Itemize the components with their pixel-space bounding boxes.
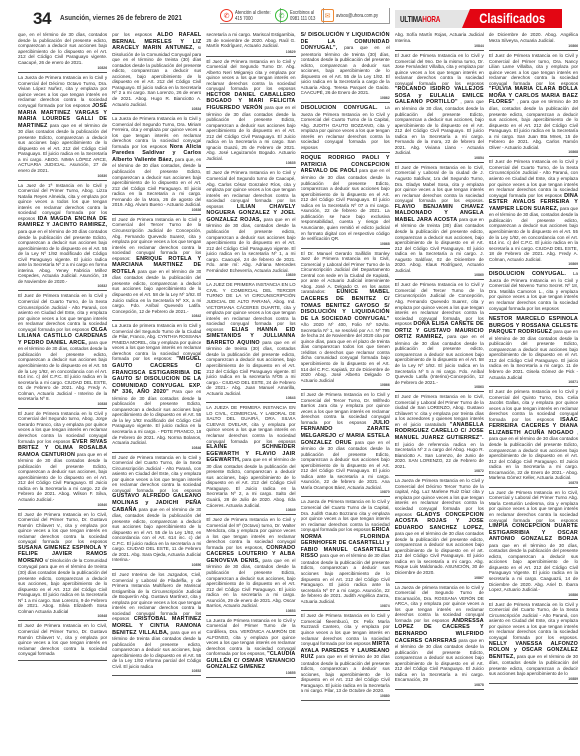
legal-notice: El Juez de Primera Instancia en lo Civil…: [18, 511, 107, 622]
notice-body-continued: para que en el término de 30 días contad…: [301, 440, 390, 490]
legal-notice: Abg. Sofía Martín Rojas, Actuaria Judici…: [395, 31, 484, 51]
notice-text: DISOLUCION CONYUGAL. La Jueza de Primera…: [489, 271, 578, 311]
notice-text: por los esposos ALDO RAFAEL BERNAL MEREL…: [112, 32, 201, 107]
legal-notice: El Juez de Primera Instancia en lo Civil…: [18, 292, 107, 408]
notice-text: El Juez de Primera Instancia en lo Civil…: [18, 293, 107, 401]
legal-notice: El Juez de Primera Instancia en lo Civil…: [301, 391, 390, 497]
notice-body: La Juez de Primera Instancia en lo Civil…: [489, 490, 578, 523]
legal-notice: El Juez Interino de los Juzgados, Civil,…: [112, 571, 201, 676]
notice-number: 10871: [489, 380, 578, 384]
notice-body: El Juez de Primera Instancia en lo Civil…: [18, 512, 107, 545]
notice-number: 10868: [489, 150, 578, 154]
notice-text: La Jueza de primera Instancia en lo Civi…: [112, 323, 201, 445]
notice-text: NESTOR MARCELO ESPINOLA BURGOS Y ROSSANA…: [489, 316, 578, 380]
notice-text: secretaría a mi cargo. Mariscal Estigarr…: [206, 32, 295, 50]
notice-body-continued: El juicio de referencia radica en la Sec…: [395, 442, 484, 469]
notice-number: 10878: [395, 683, 484, 687]
notice-number: 10874: [301, 604, 390, 608]
notice-body: El Juez de Primera Instancia en lo Civil…: [489, 602, 578, 640]
notice-body: por los esposos: [112, 32, 152, 37]
legal-notice: El Juez de Primera Instancia en lo Civil…: [395, 164, 484, 280]
page-header: 34 Asunción, viernes 26 de febrero de 20…: [0, 0, 580, 28]
contact-value: avisos@uhora.com.py: [336, 13, 378, 19]
notice-body: El Juez de Primera Instancia en lo Civil…: [395, 282, 484, 326]
notice-text: El Juez de Primera Instancia en lo Civil…: [18, 411, 107, 503]
notice-number: 10889: [489, 677, 578, 681]
notice-number: 10868: [301, 242, 390, 246]
legal-notice: NESTOR MARCELO ESPINOLA BURGOS Y ROSSANA…: [489, 315, 578, 387]
contact-email: ✉ avisos@uhora.com.py: [321, 8, 390, 24]
legal-notice: por los esposos ALDO RAFAEL BERNAL MEREL…: [112, 31, 201, 114]
notice-number: 10850: [112, 563, 201, 567]
contact-whatsapp: ✆ Escribinos al0981 111 013: [275, 8, 324, 24]
notice-body: secretaría a mi cargo. Mariscal Estigarr…: [206, 32, 295, 48]
phone-icon: ✆: [220, 9, 233, 22]
notice-text: S/ DISOLUCIÓN Y LIQUIDACIÓN DE LA COMUNI…: [301, 32, 390, 96]
legal-notice: DISOLUCION CONYUGAL. La Jueza de Primera…: [489, 270, 578, 314]
notice-body-continued: para que en el término de 30 días contad…: [206, 457, 295, 507]
legal-notice: El Juez de Primera Instancia en lo Civil…: [301, 612, 390, 701]
notice-body-continued: para que en el término de 30 días contad…: [301, 168, 390, 241]
notice-text: El Juez de Primera Instancia en lo Civil…: [206, 170, 295, 273]
notice-text: La Jueza de primera Instancia en lo Civi…: [395, 585, 484, 683]
notice-text: El Juez de Primera Instancia en lo Civil…: [112, 217, 201, 314]
notice-body-continued: para que en el término de 30 días, conta…: [489, 543, 578, 592]
notice-body-continued: para que en el término de 30 días contad…: [489, 329, 578, 379]
notice-number: 10880: [301, 694, 390, 698]
notice-body: que, en el término de 30 días, contados …: [18, 32, 107, 65]
notice-number: 10826: [18, 66, 107, 70]
notice-number: 10834: [112, 107, 201, 111]
notice-text: La Jueza de Primera Instancia en lo Civi…: [112, 116, 201, 208]
legal-notice: La Jueza de Primera Instancia en lo Civi…: [206, 617, 295, 678]
notice-text: La Juez de 1ª Instancia en lo Civil y Co…: [18, 183, 107, 285]
notice-body-continued: , para que en el término de 30 días cont…: [489, 430, 578, 480]
legal-notice: El Juez de Primera Instancia en lo Civil…: [206, 58, 295, 169]
notice-number: 10848: [18, 614, 107, 618]
notice-text: El Juez de Primera Instancia en lo Civil…: [395, 53, 484, 156]
notice-text: de Diciembre de 2020. Abog. Angélica Mez…: [489, 32, 578, 44]
legal-notice: S/ DISOLUCIÓN Y LIQUIDACIÓN DE LA COMUNI…: [301, 31, 390, 103]
notice-number: 10866: [301, 383, 390, 387]
notice-number: 10840: [18, 503, 107, 507]
legal-notice: La Juez de 1ª Instancia en lo Civil y Co…: [18, 182, 107, 292]
column-1: que, en el término de 30 días, contados …: [18, 31, 107, 753]
notice-number: 10860: [395, 273, 484, 277]
notice-number: 10863: [395, 385, 484, 389]
legal-notice: La Jueza de primera Instancia en lo Civi…: [395, 584, 484, 690]
notice-text: El Juez de Primera Instancia en lo Civil…: [301, 613, 390, 694]
notice-body-continued: para que en el término de 30 días contad…: [395, 334, 484, 384]
legal-notice: El Juez de Primera Instancia en lo Civil…: [489, 158, 578, 269]
notice-body-continued: para que en el perentorio término de tre…: [301, 45, 390, 95]
legal-notice: El Juez de Primera Instancia en lo Civil…: [112, 216, 201, 321]
notice-text: LA JUEZA DE PRIMERA INSTANCIA EN LO CIVI…: [206, 405, 295, 508]
notice-body-continued: Para que en término de 30 días contados …: [112, 389, 201, 445]
notice-body-continued: para que en el término de treinta días c…: [112, 630, 201, 669]
notice-body-continued: para que en el término de 30 días contad…: [18, 123, 107, 173]
notice-number: 10830: [18, 174, 107, 178]
notice-number: 10862: [301, 96, 390, 100]
legal-notice: La Jueza de primera Instancia en lo Civi…: [112, 322, 201, 452]
notice-parties: DISOLUCION CONYUGAL.: [301, 105, 378, 111]
legal-notice: El Juez de Primera Instancia en lo Civil…: [112, 454, 201, 570]
notice-text: ROQUE RODRIGO PAOLI Y PATRICIA CONCEPCIO…: [301, 155, 390, 241]
notice-number: 10886: [489, 593, 578, 597]
notice-text: El Juez de Primera Instancia en lo Civil…: [489, 53, 578, 150]
legal-notice: El Juez de primera Instancia en lo Civil…: [489, 388, 578, 488]
notice-body-continued: La Jueza de Primera Instancia en lo Civi…: [301, 105, 390, 150]
notice-number: 10854: [395, 156, 484, 160]
notice-body-continued: para que en el término de treinta (30) d…: [395, 217, 484, 273]
notice-body: El Juez de Primera Instancia en lo Civil…: [395, 165, 484, 203]
notice-body-continued: para que en el término de treinta (30) d…: [206, 340, 295, 396]
legal-notice: DISOLUCION CONYUGAL. La Jueza de Primera…: [301, 104, 390, 153]
notice-body-continued: para que en el término de 30 días contad…: [18, 229, 107, 284]
notice-body-continued: para que en el término de 30 días contad…: [395, 638, 484, 683]
notice-text: El Juez de Primera Instancia en lo Civil…: [206, 517, 295, 609]
notice-body: LA JUEZ DE PRIMERA INSTANCIA EN LO CIVIL…: [206, 282, 295, 331]
contact-customer-service: ✆ Atención al cliente:415 7000: [220, 8, 281, 24]
notice-body-continued: para que en el término de 30 días, conta…: [206, 217, 295, 273]
legal-notice: ROQUE RODRIGO PAOLI Y PATRICIA CONCEPCIO…: [301, 154, 390, 248]
notice-body-continued: para que en el término de 30 días contad…: [395, 531, 484, 575]
notice-number: 10870: [301, 490, 390, 494]
notice-text: que, en el término de 30 días, contados …: [18, 32, 107, 66]
notice-number: 10836: [112, 208, 201, 212]
legal-notice: de Diciembre de 2020. Abog. Angélica Mez…: [489, 31, 578, 51]
notice-number: 10872: [395, 469, 484, 473]
notice-text: LA JUEZ DE PRIMERA INSTANCIA EN LO CIVIL…: [206, 282, 295, 396]
column-3: secretaría a mi cargo. Mariscal Estigarr…: [206, 31, 295, 753]
legal-notice: La Jueza de Primera Instancia en lo Civi…: [18, 74, 107, 180]
legal-notice: El Juez de Primera Instancia en lo Civil…: [395, 52, 484, 163]
section-title: Clasificados: [462, 9, 562, 28]
mail-icon: ✉: [321, 9, 334, 22]
notice-body-continued: para que en el término de 30 días contad…: [206, 105, 295, 161]
notice-text: La Juez de Primera Instancia en lo Civil…: [489, 490, 578, 593]
notice-text: El Juez Interino de los Juzgados, Civil,…: [112, 572, 201, 669]
notice-body: El Dr. Manuel Gerardo Saifildin Stanley …: [301, 251, 390, 295]
notice-body-continued: para que en el término de 30 días, conta…: [18, 340, 107, 401]
notice-number: 10843: [206, 396, 295, 400]
legal-notice: La Jueza de Primera Instancia en lo Civi…: [301, 498, 390, 611]
notice-body-continued: para que en el término de 30 días contad…: [301, 654, 390, 693]
notice-number: 10849: [206, 508, 295, 512]
notice-number: 10842: [112, 314, 201, 318]
notice-number: 10852: [112, 669, 201, 673]
notice-text: El Juez de Primera Instancia en lo Civil…: [18, 623, 107, 657]
notice-body-continued: , para que en término de 30 días, contad…: [489, 99, 578, 149]
legal-notice: La Juez de Primera Instancia en lo Civil…: [489, 489, 578, 600]
notice-number: 10844: [395, 44, 484, 48]
classifieds-columns: que, en el término de 30 días, contados …: [18, 31, 578, 753]
legal-notice: El Juez de Primera Instancia en lo Civil…: [18, 410, 107, 510]
notice-parties: DISOLUCION CONYUGAL.: [489, 271, 566, 277]
notice-body: Abg. Sofía Martín Rojas, Actuaria Judici…: [395, 32, 484, 43]
notice-body-continued: , para que en término de 30 días, contad…: [395, 99, 484, 155]
legal-notice: LA JUEZA DE PRIMERA INSTANCIA EN LO CIVI…: [206, 404, 295, 515]
legal-notice: El Juez de Primera Instancia en lo Civil…: [18, 622, 107, 660]
notice-body: El Juez de Primera Instancia en lo Civil…: [18, 623, 107, 656]
whatsapp-icon: ✆: [275, 9, 288, 22]
notice-text: La Jueza de Primera Instancia en lo Civi…: [301, 499, 390, 604]
notice-body-continued: para que en el término de 30 días contad…: [301, 553, 390, 603]
notice-body-continued: para que en el término de 30 días contad…: [18, 452, 107, 502]
notice-body: El Juez de Primera Instancia en lo Civil…: [112, 455, 201, 493]
notice-body: El Juez de Primera Instancia en lo Civil…: [112, 217, 201, 261]
notice-body-continued: para que en el término de 30 días, conta…: [489, 206, 578, 262]
legal-notice: El Juez de Primera Instancia en lo Civil…: [395, 281, 484, 392]
legal-notice: secretaría a mi cargo. Mariscal Estigarr…: [206, 31, 295, 57]
notice-body-continued: para que en el término de 30 días contad…: [112, 269, 201, 314]
notice-number: 10835: [206, 161, 295, 165]
legal-notice: El Dr. Manuel Gerardo Saifildin Stanley …: [301, 250, 390, 391]
notice-body-continued: para que en el término de 30 días, conta…: [112, 507, 201, 563]
legal-notice: El Juez de Primera Instancia en lo Civil…: [206, 516, 295, 616]
legal-notice: LA JUEZ DE PRIMERA INSTANCIA EN LO CIVIL…: [206, 281, 295, 403]
legal-notice: La Jueza de Primera Instancia en lo Civi…: [112, 115, 201, 215]
notice-body: LA JUEZA DE PRIMERA INSTANCIA EN LO CIVI…: [206, 405, 295, 443]
notice-text: El Juez de Primera Instancia en lo Civil…: [18, 512, 107, 615]
notice-body-continued: para que, en el término de 30 días conta…: [112, 157, 201, 207]
notice-text: La Jueza de Primera Instancia en lo Civi…: [395, 478, 484, 575]
notice-text: El Juez de Primera Instancia en lo Civil…: [301, 392, 390, 490]
notice-body: El Juez Interino de los Juzgados, Civil,…: [112, 572, 201, 621]
notice-text: La Jueza de Primera Instancia en lo Civi…: [206, 618, 295, 671]
notice-text: El Juez de Primera Instancia en lo Civil…: [489, 602, 578, 677]
notice-text: El Juez de Primera Instancia en lo Civil…: [206, 59, 295, 162]
notice-body-continued: s/ Disolución de la Comunidad Conyugal p…: [112, 45, 201, 106]
notice-body: El Juez de Primera Instancia en lo Civil…: [206, 59, 295, 92]
notice-number: 10866: [489, 44, 578, 48]
notice-number: 10855: [206, 671, 295, 675]
notice-body-continued: para que en el término de 30 días, conta…: [206, 558, 295, 608]
issue-date: Asunción, viernes 26 de febrero de 2021: [60, 13, 182, 22]
notice-text: DISOLUCION CONYUGAL. La Jueza de Primera…: [301, 105, 390, 150]
page-number: 34: [33, 9, 51, 29]
notice-number: 10839: [206, 273, 295, 277]
notice-text: El Dr. Manuel Gerardo Saifildin Stanley …: [301, 251, 390, 384]
notice-number: 10838: [18, 402, 107, 406]
notice-body-continued: Año 2020 Nº 400, Folio Nº 52vlto. Secret…: [301, 322, 390, 382]
notice-body-continued: s/ Disolución de la Comunidad Conyugal p…: [18, 558, 107, 614]
notice-text: El Juez de primera Instancia en lo Civil…: [489, 389, 578, 481]
column-6: de Diciembre de 2020. Abog. Angélica Mez…: [489, 31, 578, 753]
legal-notice: El Juez de Primera Instancia en lo Civil…: [489, 52, 578, 157]
notice-number: 10867: [395, 576, 484, 580]
notice-parties: LIMPIA CONCEPCION DUARTE ESTIGARRIBIA Y …: [489, 523, 578, 542]
notice-text: El Juez de Primera Instancia en lo Civil…: [395, 282, 484, 385]
notice-number: 10829: [206, 50, 295, 54]
notice-number: 10853: [206, 609, 295, 613]
legal-notice: El Juez de Primera Instancia en lo Civil…: [395, 393, 484, 476]
contact-value: 415 7000: [235, 16, 253, 22]
notice-body: de Diciembre de 2020. Abog. Angélica Mez…: [489, 32, 578, 43]
column-2: por los esposos ALDO RAFAEL BERNAL MEREL…: [112, 31, 201, 753]
notice-text: La Jueza de Primera Instancia en lo Civi…: [18, 75, 107, 173]
contact-value: 0981 111 013: [290, 16, 315, 22]
notice-number: 10869: [489, 262, 578, 266]
notice-number: 10832: [18, 284, 107, 288]
notice-number: 10875: [489, 481, 578, 485]
notice-text: El Juez de Primera Instancia en lo Civil…: [395, 394, 484, 469]
notice-text: Abg. Sofía Martín Rojas, Actuaria Judici…: [395, 32, 484, 44]
notice-body-continued: La Jueza de Primera Instancia en lo Civi…: [489, 271, 578, 310]
notice-text: El Juez de Primera Instancia en lo Civil…: [112, 455, 201, 563]
legal-notice: El Juez de Primera Instancia en lo Civil…: [206, 169, 295, 280]
notice-number: 10846: [112, 446, 201, 450]
column-4: S/ DISOLUCIÓN Y LIQUIDACIÓN DE LA COMUNI…: [301, 31, 390, 753]
notice-body: El Juez de Primera Instancia en lo Civil…: [395, 53, 484, 86]
ultimahora-logo: ULTIMAHORA: [400, 14, 440, 24]
notice-text: El Juez de Primera Instancia en lo Civil…: [395, 165, 484, 273]
column-5: Abg. Sofía Martín Rojas, Actuaria Judici…: [395, 31, 484, 753]
notice-text: El Juez de Primera Instancia en lo Civil…: [489, 159, 578, 262]
legal-notice: El Juez de Primera Instancia en lo Civil…: [489, 601, 578, 684]
legal-notice: La Jueza de Primera Instancia en lo Civi…: [395, 477, 484, 582]
notice-body: El Juez de Primera Instancia en lo Civil…: [489, 53, 578, 86]
legal-notice: que, en el término de 30 días, contados …: [18, 31, 107, 73]
